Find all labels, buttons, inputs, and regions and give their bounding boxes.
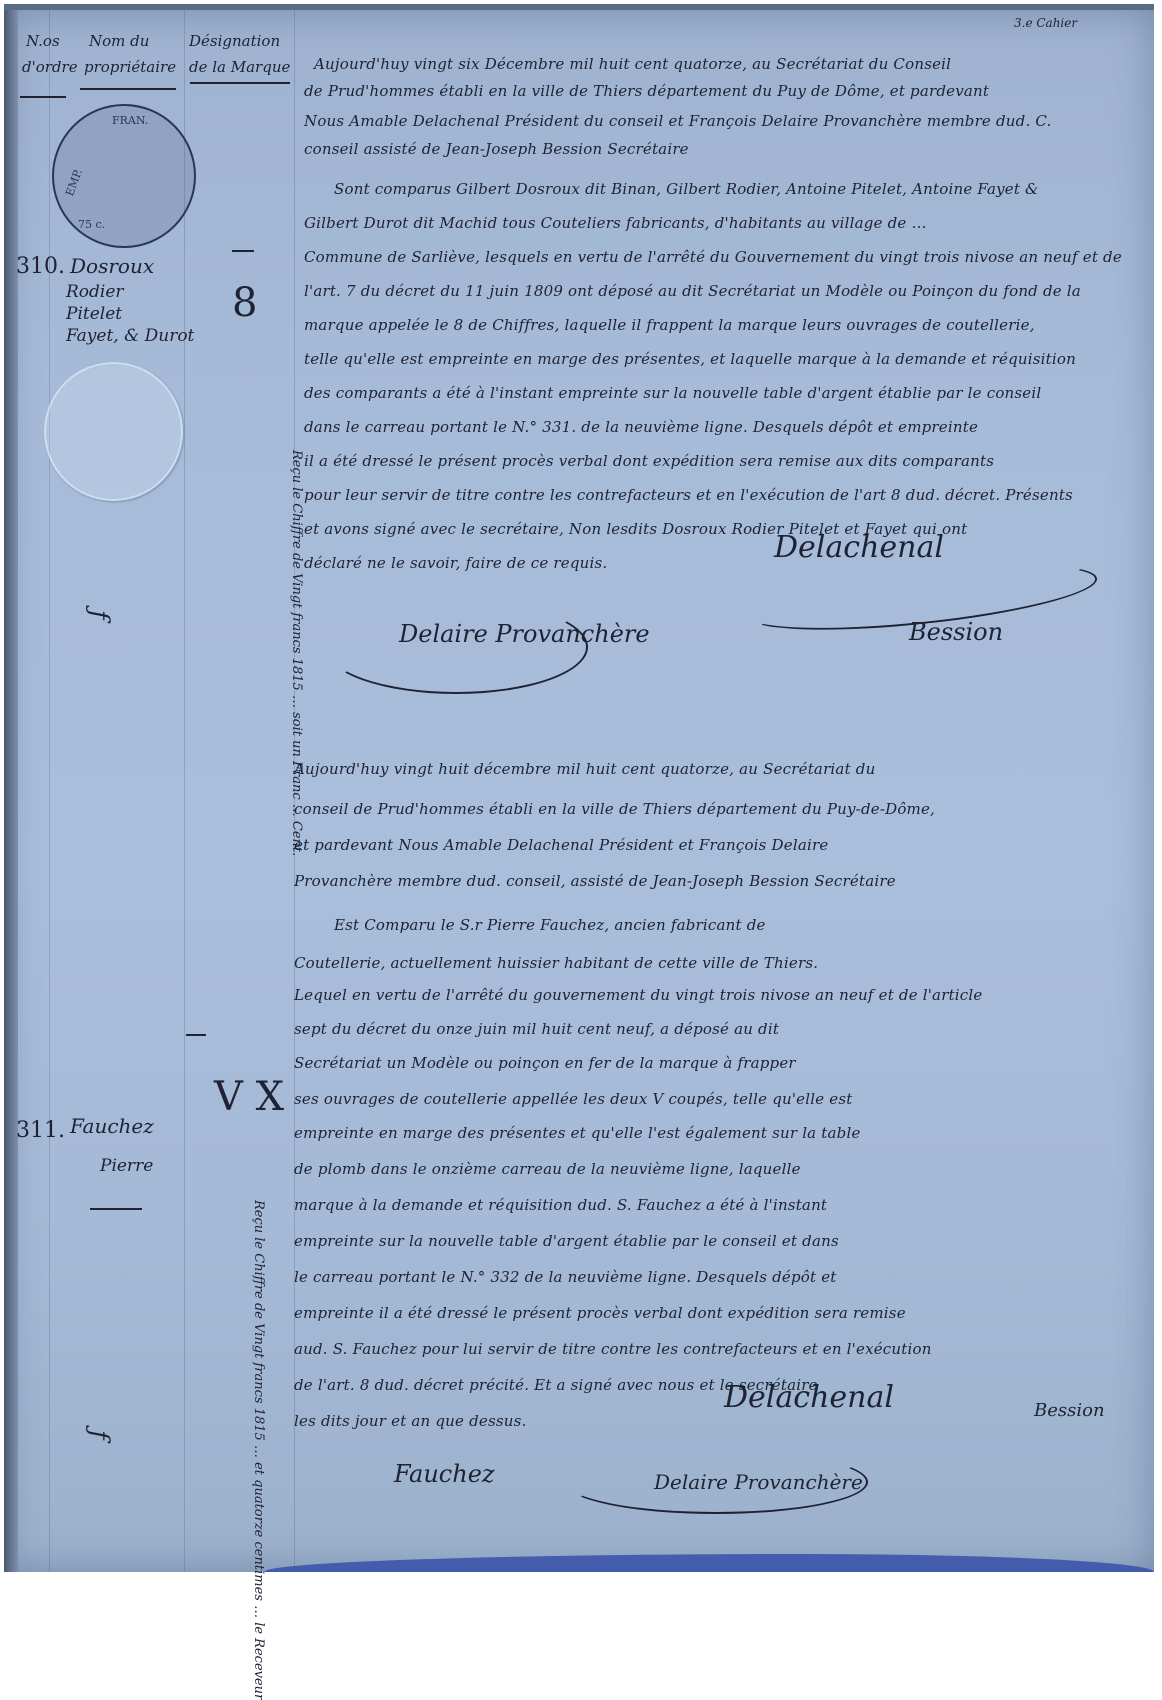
paragraph-line: marque appelée le 8 de Chiffres, laquell… xyxy=(304,316,1035,334)
owner-name: Rodier xyxy=(66,282,124,302)
receipt-margin-note: Reçu le Chiffre de Vingt francs 1815 … e… xyxy=(251,1200,266,1570)
paragraph-line: empreinte sur la nouvelle table d'argent… xyxy=(294,1232,839,1250)
paragraph-line: des comparants a été à l'instant emprein… xyxy=(304,384,1041,402)
header-col-owner-line2: propriétaire xyxy=(84,58,176,76)
stamp-top-text: FRAN. xyxy=(112,114,148,127)
column-rule xyxy=(184,10,185,1570)
paragraph-line: Coutellerie, actuellement huissier habit… xyxy=(294,954,818,972)
owner-name: Pitelet xyxy=(66,304,122,324)
stamp-value: 75 c. xyxy=(78,218,105,231)
paragraph-line: conseil de Prud'hommes établi en la vill… xyxy=(294,800,935,818)
embossed-seal xyxy=(44,362,183,501)
corner-note: 3.e Cahier xyxy=(1014,16,1077,30)
signature-flourish xyxy=(564,1450,868,1514)
paragraph-line: Provanchère membre dud. conseil, assisté… xyxy=(294,872,896,890)
paragraph-line: telle qu'elle est empreinte en marge des… xyxy=(304,350,1076,368)
document-page: N.os d'ordre Nom du propriétaire Désigna… xyxy=(4,4,1154,1570)
owner-name: Pierre xyxy=(100,1156,153,1176)
paragraph-line: Aujourd'huy vingt six Décembre mil huit … xyxy=(314,55,951,73)
signature-delachenal: Delachenal xyxy=(774,530,944,565)
paragraph-line: sept du décret du onze juin mil huit cen… xyxy=(294,1020,779,1038)
paragraph-line: et pardevant Nous Amable Delachenal Prés… xyxy=(294,836,828,854)
paragraph-line: ses ouvrages de coutellerie appellée les… xyxy=(294,1090,853,1108)
paragraph-line: de plomb dans le onzième carreau de la n… xyxy=(294,1160,801,1178)
mark-design: V X xyxy=(214,1074,284,1120)
paragraph-line: conseil assisté de Jean-Joseph Bession S… xyxy=(304,140,689,158)
stamp-side-text: EMP. xyxy=(63,167,85,198)
signature-bession: Bession xyxy=(1034,1400,1105,1421)
header-underline xyxy=(190,82,290,84)
header-underline xyxy=(20,96,66,98)
separator-dash xyxy=(232,250,254,252)
paragraph-line: le carreau portant le N.° 332 de la neuv… xyxy=(294,1268,837,1286)
paragraph-line: marque à la demande et réquisition dud. … xyxy=(294,1196,827,1214)
header-col-number-line2: d'ordre xyxy=(22,58,78,76)
receiver-signature: ƒ xyxy=(84,610,114,620)
header-col-number-line1: N.os xyxy=(26,32,60,50)
header-col-mark-line1: Désignation xyxy=(189,32,280,50)
signature-fauchez: Fauchez xyxy=(394,1460,495,1488)
paragraph-line: Gilbert Durot dit Machid tous Couteliers… xyxy=(304,214,927,232)
paragraph-line: Nous Amable Delachenal Président du cons… xyxy=(304,112,1052,130)
owner-name: Fauchez xyxy=(70,1114,154,1138)
header-underline xyxy=(80,88,176,90)
paragraph-line: l'art. 7 du décret du 11 juin 1809 ont d… xyxy=(304,282,1081,300)
header-col-owner-line1: Nom du xyxy=(89,32,149,50)
tax-stamp: FRAN. EMP. 75 c. xyxy=(52,104,196,248)
owner-name: Fayet, & Durot xyxy=(66,326,194,346)
paragraph-line: Secrétariat un Modèle ou poinçon en fer … xyxy=(294,1054,796,1072)
paragraph-line: de Prud'hommes établi en la ville de Thi… xyxy=(304,82,989,100)
paragraph-line: pour leur servir de titre contre les con… xyxy=(304,486,1073,504)
paragraph-line: empreinte il a été dressé le présent pro… xyxy=(294,1304,906,1322)
signature-delachenal: Delachenal xyxy=(724,1380,894,1415)
receiver-signature: ƒ xyxy=(84,1430,114,1440)
entry-number: 311. xyxy=(16,1118,65,1143)
entry-number: 310. xyxy=(16,254,65,279)
paragraph-line: Commune de Sarliève, lesquels en vertu d… xyxy=(304,248,1122,266)
paragraph-line: il a été dressé le présent procès verbal… xyxy=(304,452,994,470)
binding-spine xyxy=(4,10,18,1570)
mark-design: 8 xyxy=(232,280,257,326)
signature-flourish xyxy=(324,600,588,694)
header-col-mark-line2: de la Marque xyxy=(189,58,290,76)
separator-dash xyxy=(186,1034,206,1036)
column-rule xyxy=(49,10,50,1570)
paragraph-line: aud. S. Fauchez pour lui servir de titre… xyxy=(294,1340,932,1358)
paragraph-line: dans le carreau portant le N.° 331. de l… xyxy=(304,418,978,436)
paragraph-line: empreinte en marge des présentes et qu'e… xyxy=(294,1124,861,1142)
paragraph-line: Sont comparus Gilbert Dosroux dit Binan,… xyxy=(334,180,1039,198)
owner-name: Dosroux xyxy=(70,254,154,278)
paragraph-line: Aujourd'huy vingt huit décembre mil huit… xyxy=(294,760,875,778)
paragraph-line: déclaré ne le savoir, faire de ce requis… xyxy=(304,554,607,572)
separator-dash xyxy=(90,1208,142,1210)
paragraph-line: Est Comparu le S.r Pierre Fauchez, ancie… xyxy=(334,916,766,934)
paragraph-line: les dits jour et an que dessus. xyxy=(294,1412,526,1430)
paragraph-line: Lequel en vertu de l'arrêté du gouvernem… xyxy=(294,986,982,1004)
receipt-margin-note: Reçu le Chiffre de Vingt francs 1815 … s… xyxy=(289,450,304,856)
cover-edge xyxy=(264,1554,1154,1570)
